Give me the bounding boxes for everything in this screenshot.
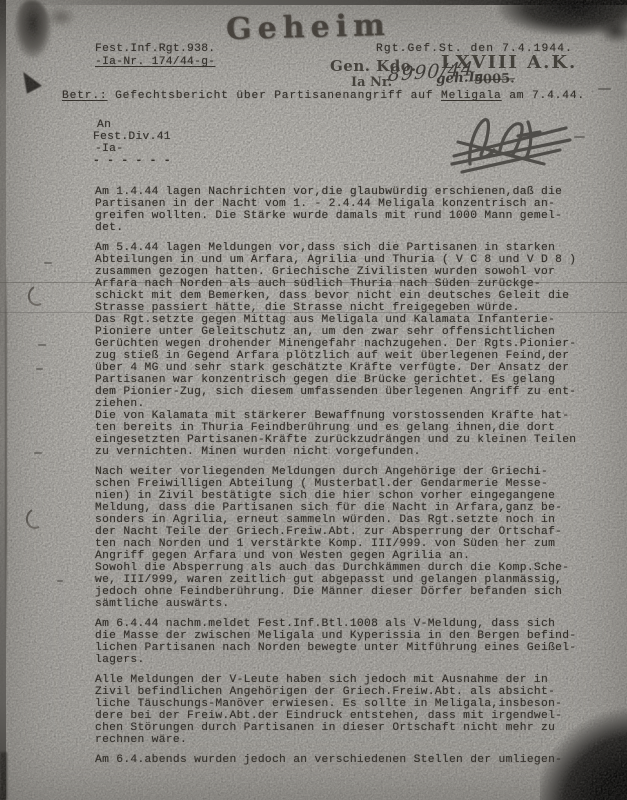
scanned-document-page: Geheim Fest.Inf.Rgt.938. -Ia-Nr. 174/44-… — [0, 0, 627, 800]
margin-pencil-tick — [574, 136, 585, 138]
top-left-tear-mark — [17, 67, 42, 94]
sender-unit: Fest.Inf.Rgt.938. — [95, 43, 215, 55]
left-edge-shadow — [0, 0, 6, 800]
recipient-department: -Ia- — [95, 143, 123, 155]
paragraph-v-leute: Alle Meldungen der V-Leute haben sich je… — [95, 674, 600, 746]
recipient-separator-dashes: - - - - - - — [93, 155, 171, 167]
hole-punch-mark — [23, 506, 48, 532]
top-edge-shadow — [0, 0, 627, 5]
struck-out-number: 5005. — [474, 71, 515, 87]
top-right-ink-blot-small — [598, 18, 627, 44]
paragraph-5-4-44: Am 5.4.44 lagen Meldungen vor,dass sich … — [95, 242, 600, 458]
paragraph-6-4-44-nachm: Am 6.4.44 nachm.meldet Fest.Inf.Btl.1008… — [95, 618, 600, 666]
margin-pencil-tick — [38, 344, 46, 346]
subject-line: Betr.: Gefechtsbericht über Partisanenan… — [62, 90, 585, 102]
subject-place: Meligala — [441, 90, 502, 102]
subject-text-pre: Gefechtsbericht über Partisanenangriff a… — [107, 90, 441, 102]
margin-pencil-tick — [44, 262, 52, 264]
classification-stamp: Geheim — [226, 8, 392, 47]
subject-label: Betr.: — [62, 90, 107, 102]
margin-pencil-tick — [36, 368, 43, 370]
paragraph-1-4-44: Am 1.4.44 lagen Nachrichten vor,die glau… — [95, 186, 600, 234]
subject-text-post: am 7.4.44. — [502, 90, 585, 102]
receipt-stamp-ia-nr-label: Ia Nr. — [351, 75, 392, 90]
scribbled-out-annotation — [448, 106, 583, 178]
sender-reference: -Ia-Nr. 174/44-g- — [95, 56, 215, 68]
recipient-salutation: An — [97, 119, 111, 131]
margin-pencil-tick — [34, 452, 42, 454]
margin-pencil-tick — [598, 88, 611, 90]
vertical-fold-line — [5, 262, 7, 657]
margin-pencil-tick — [57, 580, 63, 582]
report-body: Am 1.4.44 lagen Nachrichten vor,die glau… — [95, 186, 600, 774]
recipient-unit: Fest.Div.41 — [93, 131, 171, 143]
top-left-stain — [15, 0, 51, 58]
top-right-ink-blot — [498, 0, 627, 36]
bottom-left-dark-edge — [0, 752, 7, 800]
paragraph-6-4-abends: Am 6.4.abends wurden jedoch an verschied… — [95, 754, 600, 766]
paragraph-freiw-abt: Nach weiter vorliegenden Meldungen durch… — [95, 466, 600, 610]
hole-punch-mark — [25, 283, 50, 309]
top-left-stain-small — [46, 6, 76, 28]
